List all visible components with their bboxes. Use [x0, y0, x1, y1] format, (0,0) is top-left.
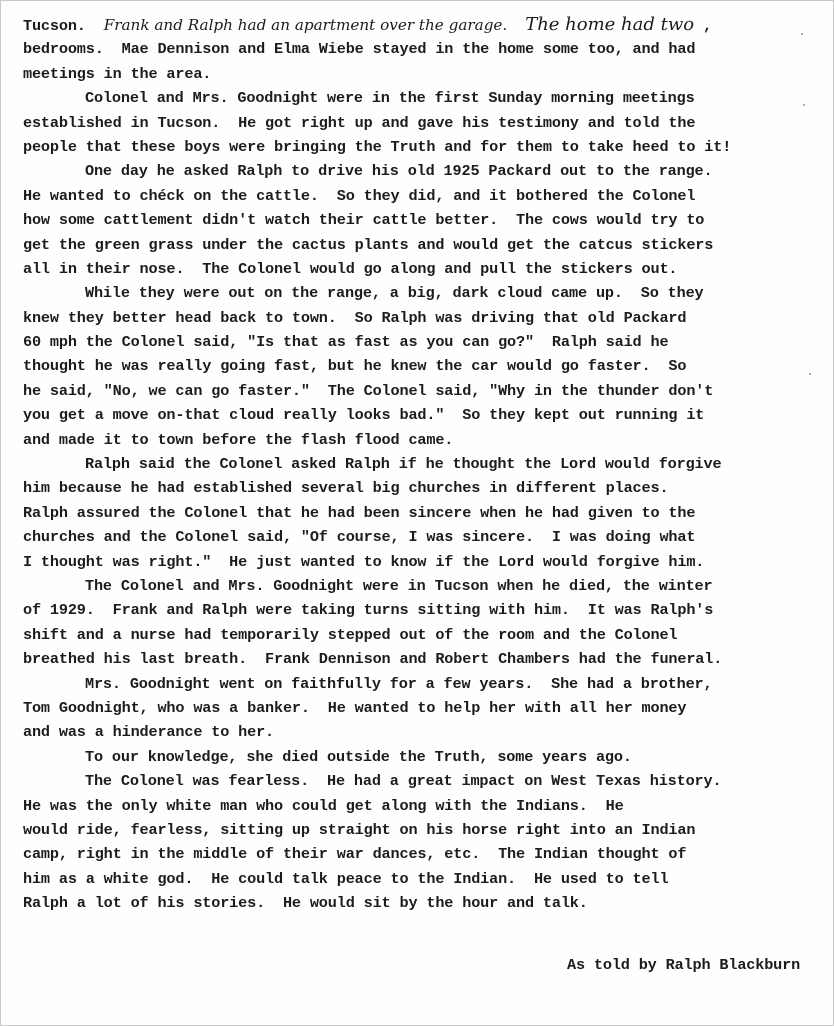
text-line: Mrs. Goodnight went on faithfully for a …	[23, 672, 823, 696]
text-line: I thought was right." He just wanted to …	[23, 550, 823, 574]
text-line: knew they better head back to town. So R…	[23, 306, 823, 330]
text-line: Ralph assured the Colonel that he had be…	[23, 501, 823, 525]
text-line: people that these boys were bringing the…	[23, 135, 823, 159]
text-line: all in their nose. The Colonel would go …	[23, 257, 823, 281]
attribution-signature: As told by Ralph Blackburn	[567, 956, 800, 974]
text-line: Colonel and Mrs. Goodnight were in the f…	[23, 86, 823, 110]
text-line: The Colonel was fearless. He had a great…	[23, 769, 823, 793]
text-line: he said, "No, we can go faster." The Col…	[23, 379, 823, 403]
text-line: 60 mph the Colonel said, "Is that as fas…	[23, 330, 823, 354]
text-line: churches and the Colonel said, "Of cours…	[23, 525, 823, 549]
text-line: you get a move on-that cloud really look…	[23, 403, 823, 427]
text-line: of 1929. Frank and Ralph were taking tur…	[23, 598, 823, 622]
text-line: Tom Goodnight, who was a banker. He want…	[23, 696, 823, 720]
scan-speck	[803, 104, 805, 106]
text-line: Ralph said the Colonel asked Ralph if he…	[23, 452, 823, 476]
text-line: He wanted to chéck on the cattle. So the…	[23, 184, 823, 208]
text-line: get the green grass under the cactus pla…	[23, 233, 823, 257]
typed-text: Tucson.	[23, 17, 104, 35]
scan-speck	[801, 33, 803, 35]
handwritten-annotation: The home had two	[525, 14, 694, 35]
text-line: meetings in the area.	[23, 62, 823, 86]
text-line: and made it to town before the flash flo…	[23, 428, 823, 452]
text-line: established in Tucson. He got right up a…	[23, 111, 823, 135]
first-line: Tucson. Frank and Ralph had an apartment…	[23, 13, 823, 37]
text-line: breathed his last breath. Frank Dennison…	[23, 647, 823, 671]
text-line: him as a white god. He could talk peace …	[23, 867, 823, 891]
text-line: how some cattlement didn't watch their c…	[23, 208, 823, 232]
document-body: Tucson. Frank and Ralph had an apartment…	[23, 13, 823, 915]
text-line: him because he had established several b…	[23, 476, 823, 500]
text-line: and was a hinderance to her.	[23, 720, 823, 744]
text-line: thought he was really going fast, but he…	[23, 354, 823, 378]
scan-speck	[809, 373, 811, 375]
typed-lines: bedrooms. Mae Dennison and Elma Wiebe st…	[23, 37, 823, 915]
typed-text: ,	[694, 17, 712, 35]
text-line: One day he asked Ralph to drive his old …	[23, 159, 823, 183]
text-line: To our knowledge, she died outside the T…	[23, 745, 823, 769]
text-line: He was the only white man who could get …	[23, 794, 823, 818]
text-line: The Colonel and Mrs. Goodnight were in T…	[23, 574, 823, 598]
document-page: Tucson. Frank and Ralph had an apartment…	[0, 0, 834, 1026]
text-line: shift and a nurse had temporarily steppe…	[23, 623, 823, 647]
text-line: bedrooms. Mae Dennison and Elma Wiebe st…	[23, 37, 823, 61]
handwritten-annotation: Frank and Ralph had an apartment over th…	[104, 16, 508, 34]
text-line: camp, right in the middle of their war d…	[23, 842, 823, 866]
text-line: While they were out on the range, a big,…	[23, 281, 823, 305]
text-line: would ride, fearless, sitting up straigh…	[23, 818, 823, 842]
text-line: Ralph a lot of his stories. He would sit…	[23, 891, 823, 915]
